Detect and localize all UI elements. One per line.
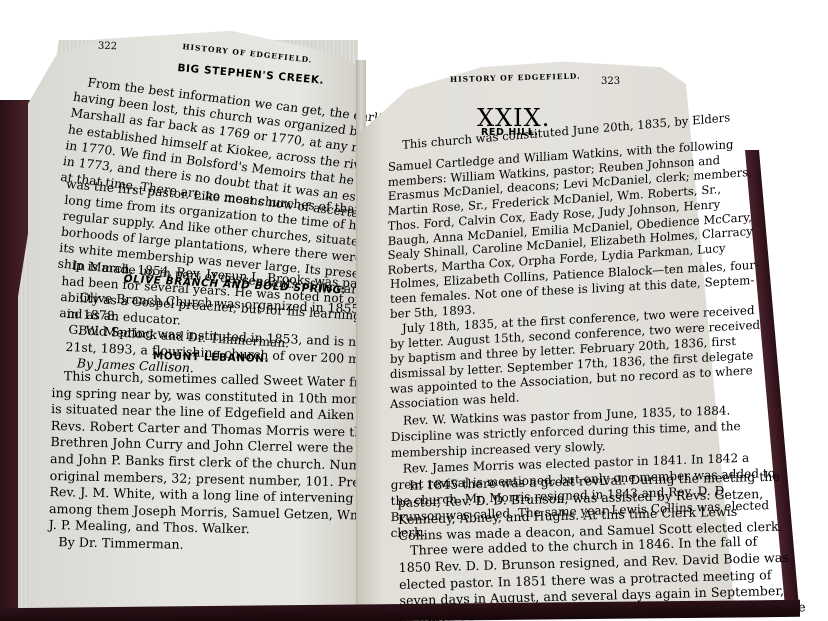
open-book-photo: 322 HISTORY OF EDGEFIELD. BIG STEPHEN'S … <box>0 0 828 621</box>
red-hill-body-part-3: Holmes, Elizabeth Collins, Patience Blal… <box>390 258 760 413</box>
red-hill-body-part-2: Samuel Cartledge and William Watkins, wi… <box>388 136 753 278</box>
left-page-number: 322 <box>98 41 117 53</box>
right-page-number: 323 <box>601 76 620 87</box>
